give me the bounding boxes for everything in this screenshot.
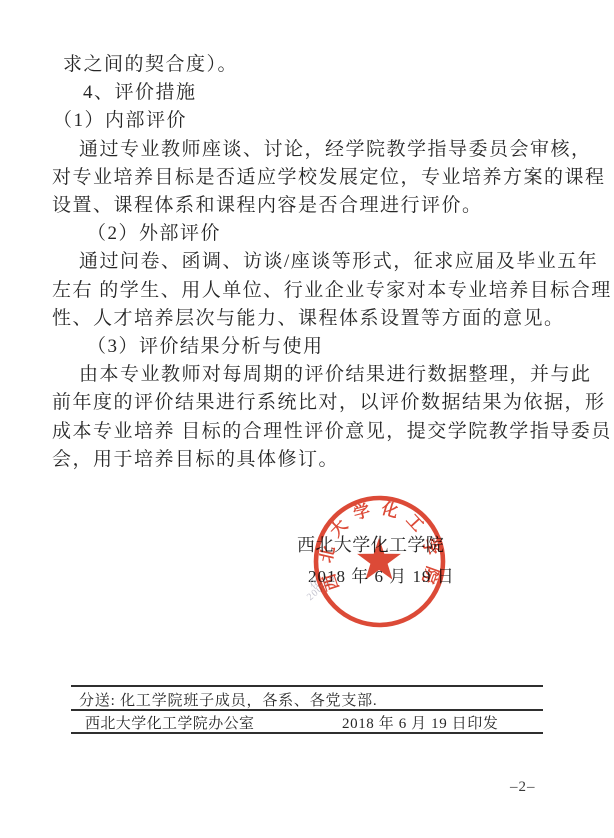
text-line-heading: 4、评价措施 <box>52 79 554 107</box>
issuing-office: 西北大学化工学院办公室 <box>85 712 254 733</box>
signature-organization: 西北大学化工学院 <box>297 531 444 557</box>
text-line: 左右 的学生、用人单位、行业企业专家对本专业培养目标合理 <box>52 277 554 305</box>
footer-divider-bottom <box>71 732 543 734</box>
document-body: 求之间的契合度）。 4、评价措施 （1）内部评价 通过专业教师座谈、讨论，经学院… <box>52 51 554 474</box>
text-line: 成本专业培养 目标的合理性评价意见，提交学院教学指导委员 <box>52 418 554 446</box>
text-line: 通过专业教师座谈、讨论，经学院教学指导委员会审核， <box>52 136 554 164</box>
text-line: 通过问卷、函调、访谈/座谈等形式，征求应届及毕业五年 <box>52 248 554 276</box>
text-line: 求之间的契合度）。 <box>52 51 554 79</box>
text-line-subheading: （3）评价结果分析与使用 <box>52 333 554 361</box>
text-line: 由本专业教师对每周期的评价结果进行数据整理，并与此 <box>52 361 554 389</box>
distribution-line: 分送: 化工学院班子成员，各系、各党支部. <box>79 689 377 710</box>
footer-divider-middle <box>71 709 543 711</box>
text-line: 设置、课程体系和课程内容是否合理进行评价。 <box>52 192 554 220</box>
text-line-subheading: （2）外部评价 <box>52 220 554 248</box>
print-date: 2018 年 6 月 19 日印发 <box>342 712 498 733</box>
page-number: –2– <box>510 779 536 796</box>
text-line: 对专业培养目标是否适应学校发展定位，专业培养方案的课程 <box>52 164 554 192</box>
text-line: 性、人才培养层次与能力、课程体系设置等方面的意见。 <box>52 305 554 333</box>
text-line: 前年度的评价结果进行系统比对，以评价数据结果为依据，形 <box>52 389 554 417</box>
document-page: 求之间的契合度）。 4、评价措施 （1）内部评价 通过专业教师座谈、讨论，经学院… <box>0 0 614 838</box>
text-line: 会，用于培养目标的具体修订。 <box>52 446 554 474</box>
footer-divider-top <box>71 685 543 687</box>
text-line-subheading: （1）内部评价 <box>52 107 554 135</box>
